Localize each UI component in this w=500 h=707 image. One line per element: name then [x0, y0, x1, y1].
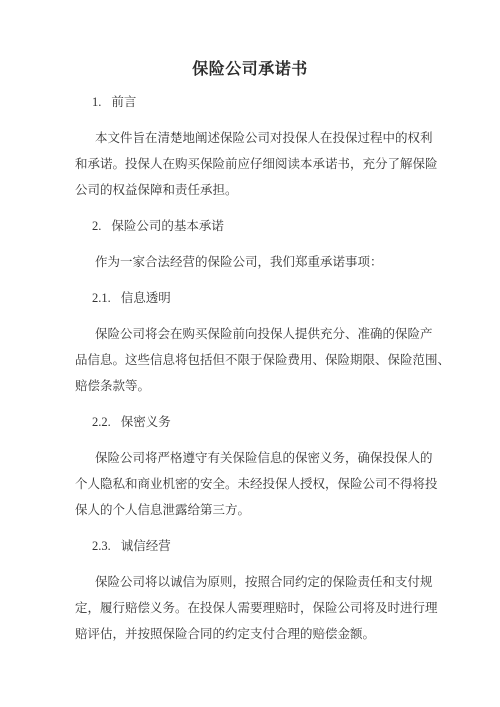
- section-heading-text: 信息透明: [121, 291, 171, 305]
- section-number: 2.: [92, 213, 101, 239]
- section-number: 2.1.: [92, 285, 111, 311]
- section-heading: 1.前言: [75, 89, 465, 115]
- document-page: 保险公司承诺书 1.前言 本文件旨在清楚地阐述保险公司对投保人在投保过程中的权利…: [0, 0, 500, 707]
- paragraph: 保险公司将会在购买保险前向投保人提供充分、准确的保险产 品信息。这些信息将包括但…: [75, 321, 460, 399]
- section-heading-text: 保密义务: [121, 415, 171, 429]
- section-heading: 2.保险公司的基本承诺: [75, 213, 465, 239]
- section-heading-text: 保险公司的基本承诺: [111, 219, 224, 233]
- paragraph: 本文件旨在清楚地阐述保险公司对投保人在投保过程中的权利 和承诺。投保人在购买保险…: [75, 125, 460, 203]
- document-title: 保险公司承诺书: [0, 0, 500, 82]
- section-heading-text: 诚信经营: [121, 539, 171, 553]
- paragraph: 保险公司将以诚信为原则，按照合同约定的保险责任和支付规 定，履行赔偿义务。在投保…: [75, 569, 460, 647]
- section-heading: 2.2.保密义务: [75, 409, 465, 435]
- paragraph: 保险公司将严格遵守有关保险信息的保密义务，确保投保人的 个人隐私和商业机密的安全…: [75, 445, 460, 523]
- paragraph: 作为一家合法经营的保险公司，我们郑重承诺事项：: [75, 249, 460, 275]
- section-number: 2.2.: [92, 409, 111, 435]
- section-heading: 2.3.诚信经营: [75, 533, 465, 559]
- document-body: 1.前言 本文件旨在清楚地阐述保险公司对投保人在投保过程中的权利 和承诺。投保人…: [75, 89, 465, 647]
- section-number: 1.: [92, 89, 101, 115]
- section-heading: 2.1.信息透明: [75, 285, 465, 311]
- section-number: 2.3.: [92, 533, 111, 559]
- section-heading-text: 前言: [111, 95, 136, 109]
